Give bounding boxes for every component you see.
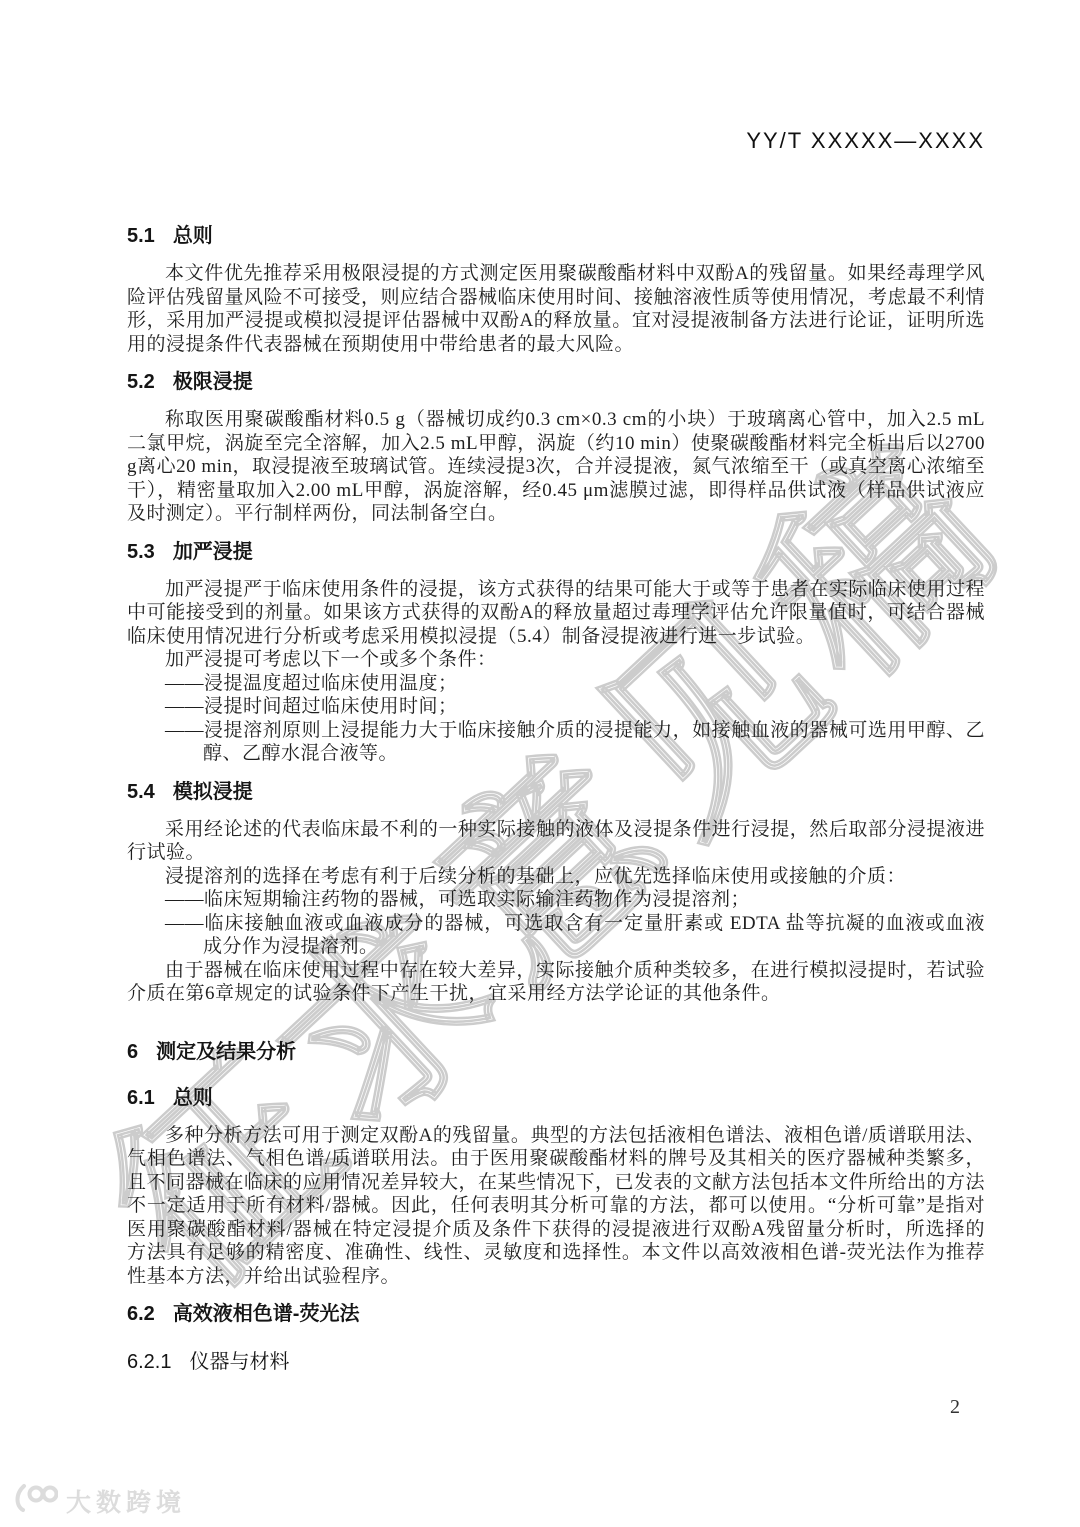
page-number: 2 (950, 1396, 960, 1419)
section-heading-6: 6测定及结果分析 (127, 1040, 985, 1064)
section-heading-5-1: 5.1总则 (127, 224, 985, 248)
page-content: YY/T XXXXX—XXXX 5.1总则 本文件优先推荐采用极限浸提的方式测定… (0, 0, 1080, 1374)
section-heading-6-2: 6.2高效液相色谱-荧光法 (127, 1302, 985, 1326)
section-number: 5.4 (127, 781, 155, 803)
paragraph: 称取医用聚碳酸酯材料0.5 g（器械切成约0.3 cm×0.3 cm的小块）于玻… (127, 408, 985, 526)
brand-100-swoosh-icon (12, 1482, 58, 1519)
paragraph: 本文件优先推荐采用极限浸提的方式测定医用聚碳酸酯材料中双酚A的残留量。如果经毒理… (127, 262, 985, 356)
section-title: 模拟浸提 (173, 781, 253, 803)
section-number: 6.1 (127, 1087, 155, 1109)
section-title: 极限浸提 (173, 371, 253, 393)
paragraph: 加严浸提可考虑以下一个或多个条件： (127, 648, 985, 672)
section-title: 测定及结果分析 (156, 1041, 296, 1063)
section-heading-6-2-1: 6.2.1仪器与材料 (127, 1350, 985, 1374)
section-number: 6 (127, 1041, 138, 1063)
section-heading-6-1: 6.1总则 (127, 1086, 985, 1110)
section-title: 总则 (173, 225, 213, 247)
section-title: 总则 (173, 1087, 213, 1109)
section-heading-5-3: 5.3加严浸提 (127, 540, 985, 564)
dash-item: ——浸提温度超过临床使用温度； (203, 672, 985, 696)
section-number: 5.1 (127, 225, 155, 247)
brand-watermark: 大数跨境 (12, 1482, 186, 1519)
section-heading-5-4: 5.4模拟浸提 (127, 780, 985, 804)
paragraph: 采用经论述的代表临床最不利的一种实际接触的液体及浸提条件进行浸提，然后取部分浸提… (127, 818, 985, 865)
paragraph: 由于器械在临床使用过程中存在较大差异，实际接触介质种类较多，在进行模拟浸提时，若… (127, 959, 985, 1006)
dash-item: ——临床接触血液或血液成分的器械，可选取含有一定量肝素或 EDTA 盐等抗凝的血… (203, 912, 985, 959)
section-title: 高效液相色谱-荧光法 (173, 1303, 360, 1325)
section-heading-5-2: 5.2极限浸提 (127, 370, 985, 394)
section-number: 5.3 (127, 541, 155, 563)
dash-item: ——浸提时间超过临床使用时间； (203, 695, 985, 719)
paragraph: 多种分析方法可用于测定双酚A的残留量。典型的方法包括液相色谱法、液相色谱/质谱联… (127, 1124, 985, 1289)
paragraph: 浸提溶剂的选择在考虑有利于后续分析的基础上，应优先选择临床使用或接触的介质： (127, 865, 985, 889)
dash-item: ——浸提溶剂原则上浸提能力大于临床接触介质的浸提能力，如接触血液的器械可选用甲醇… (203, 719, 985, 766)
document-page: 征求意见稿 YY/T XXXXX—XXXX 5.1总则 本文件优先推荐采用极限浸… (0, 0, 1080, 1527)
section-number: 5.2 (127, 371, 155, 393)
section-title: 仪器与材料 (189, 1351, 289, 1373)
paragraph: 加严浸提严于临床使用条件的浸提，该方式获得的结果可能大于或等于患者在实际临床使用… (127, 578, 985, 649)
brand-logo-text: 大数跨境 (66, 1483, 186, 1519)
section-number: 6.2.1 (127, 1351, 171, 1373)
section-title: 加严浸提 (173, 541, 253, 563)
section-number: 6.2 (127, 1303, 155, 1325)
doc-header-code: YY/T XXXXX—XXXX (127, 130, 985, 152)
dash-item: ——临床短期输注药物的器械，可选取实际输注药物作为浸提溶剂； (203, 888, 985, 912)
